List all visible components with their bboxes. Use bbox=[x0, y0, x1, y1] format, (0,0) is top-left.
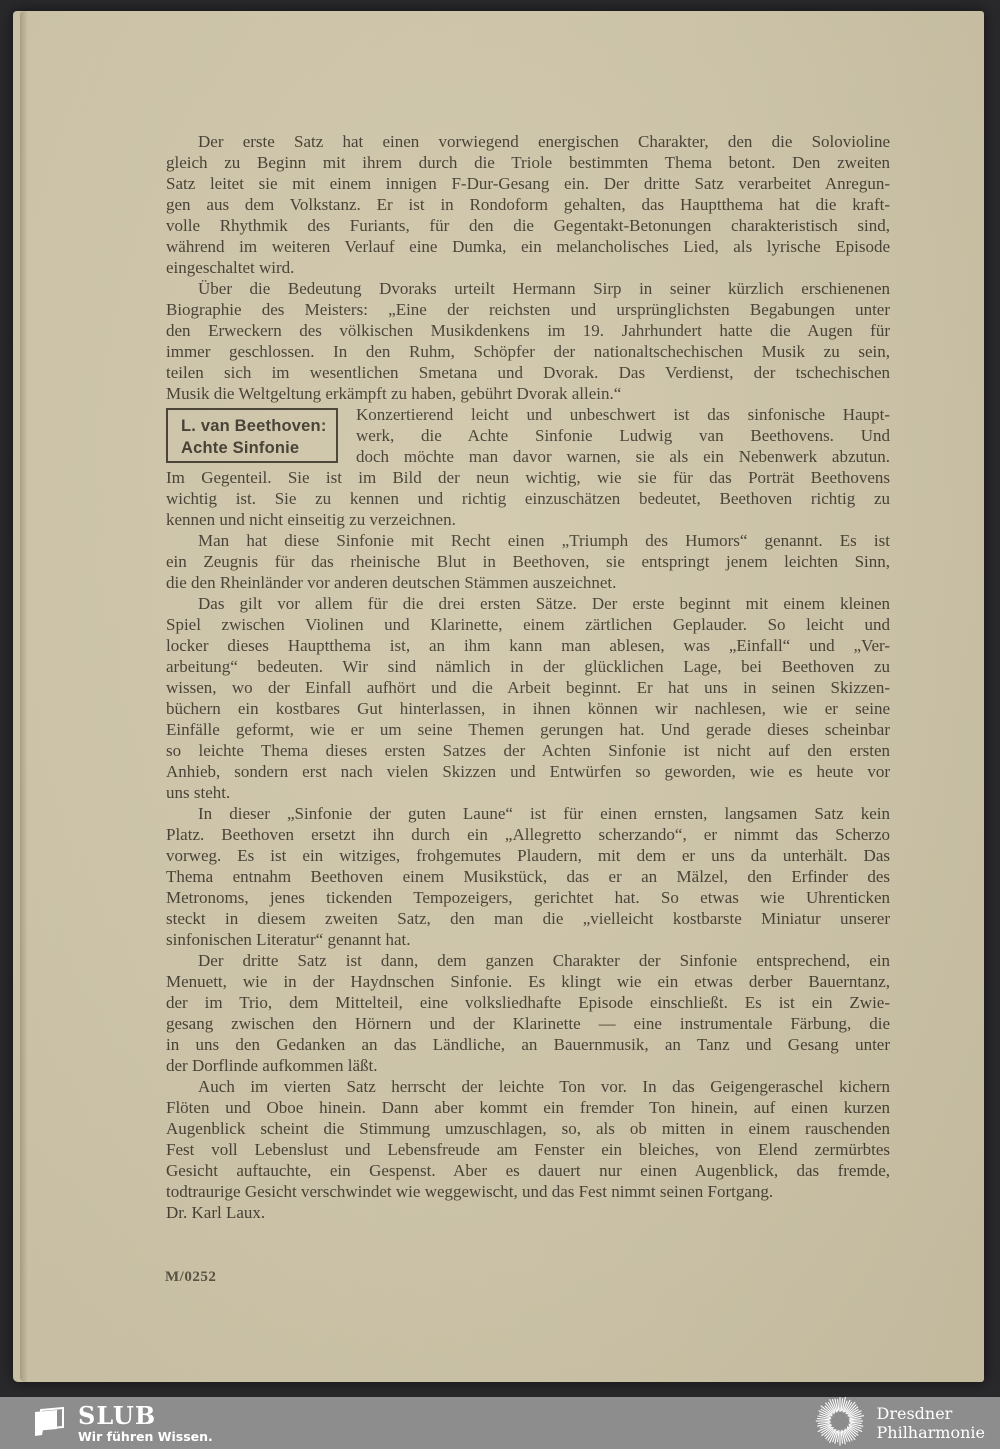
paragraph-movements-dvorak: Der erste Satz hat einen vorwiegend ener… bbox=[166, 131, 890, 278]
text-line: Einfälle geformt, wie er um seine Themen… bbox=[166, 719, 890, 740]
text-line: eingeschaltet wird. bbox=[166, 257, 890, 278]
text-line: Metronoms, jenes tickenden Tempozeigers,… bbox=[166, 887, 890, 908]
scanned-page: Der erste Satz hat einen vorwiegend ener… bbox=[13, 11, 984, 1382]
paragraph-sirp-quote: Über die Bedeutung Dvoraks urteilt Herma… bbox=[166, 278, 890, 404]
text-line: gen aus dem Volkstanz. Er ist in Rondofo… bbox=[166, 194, 890, 215]
text-line: während im weiteren Verlauf eine Dumka, … bbox=[166, 236, 890, 257]
text-line: immer geschlossen. In den Ruhm, Schöpfer… bbox=[166, 341, 890, 362]
slub-wordmark: SLUB bbox=[78, 1403, 213, 1429]
philharmonie-wordmark: Dresdner Philharmonie bbox=[877, 1404, 986, 1442]
text-line: Flöten und Oboe hinein. Dann aber kommt … bbox=[166, 1097, 890, 1118]
text-line: Anhieb, sondern erst nach vielen Skizzen… bbox=[166, 761, 890, 782]
text-line: Der dritte Satz ist dann, dem ganzen Cha… bbox=[166, 950, 890, 971]
paragraph-triumph-humors: Man hat diese Sinfonie mit Recht einen „… bbox=[166, 530, 890, 593]
text-line: ein Zeugnis für das rheinische Blut in B… bbox=[166, 551, 890, 572]
text-line: büchern ein kostbares Gut hinterlassen, … bbox=[166, 698, 890, 719]
text-line: Gesicht auftauchte, ein Gespenst. Aber e… bbox=[166, 1160, 890, 1181]
text-line: gesang zwischen den Hörnern und der Klar… bbox=[166, 1013, 890, 1034]
text-line: locker dieses Hauptthema ist, an ihm kan… bbox=[166, 635, 890, 656]
paragraph-vierter-satz: Auch im vierten Satz herrscht der leicht… bbox=[166, 1076, 890, 1202]
text-line: Man hat diese Sinfonie mit Recht einen „… bbox=[166, 530, 890, 551]
paragraph-zweiter-satz: In dieser „Sinfonie der guten Laune“ ist… bbox=[166, 803, 890, 950]
text-line: sinfonischen Literatur“ genannt hat. bbox=[166, 929, 890, 950]
text-line: Das gilt vor allem für die drei ersten S… bbox=[166, 593, 890, 614]
text-line: uns steht. bbox=[166, 782, 890, 803]
text-line: so leichte Thema dieses ersten Satzes de… bbox=[166, 740, 890, 761]
text-line: der im Trio, dem Mittelteil, eine volksl… bbox=[166, 992, 890, 1013]
text-line: Über die Bedeutung Dvoraks urteilt Herma… bbox=[166, 278, 890, 299]
text-line: den Erweckern des völkischen Musikdenken… bbox=[166, 320, 890, 341]
text-line: der Dorflinde aufkommen läßt. bbox=[166, 1055, 890, 1076]
text-line: wissen, wo der Einfall aufhört und die A… bbox=[166, 677, 890, 698]
work-title: Achte Sinfonie bbox=[181, 437, 336, 459]
text-line: vorweg. Es ist ein witziges, frohgemutes… bbox=[166, 845, 890, 866]
text-line: wichtig ist. Sie zu kennen und richtig e… bbox=[166, 488, 890, 509]
paragraph-erster-satz: Das gilt vor allem für die drei ersten S… bbox=[166, 593, 890, 803]
philharmonie-logo[interactable]: Dresdner Philharmonie bbox=[815, 1396, 1000, 1449]
shelfmark: M/0252 bbox=[165, 1269, 216, 1286]
text-line: die den Rheinländer vor anderen deutsche… bbox=[166, 572, 890, 593]
text-line: todtraurige Gesicht verschwindet wie weg… bbox=[166, 1181, 890, 1202]
text-line: Platz. Beethoven ersetzt ihn durch ein „… bbox=[166, 824, 890, 845]
text-line: Der erste Satz hat einen vorwiegend ener… bbox=[166, 131, 890, 152]
text-line: volle Rhythmik des Furiants, für den die… bbox=[166, 215, 890, 236]
text-line: Auch im vierten Satz herrscht der leicht… bbox=[166, 1076, 890, 1097]
viewer-footer-bar: SLUB Wir führen Wissen. Dresdner Philhar… bbox=[0, 1397, 1000, 1449]
text-line: Biographie des Meisters: „Eine der reich… bbox=[166, 299, 890, 320]
text-line: Augenblick scheint die Stimmung umzuschl… bbox=[166, 1118, 890, 1139]
text-line: teilen sich im wesentlichen Smetana und … bbox=[166, 362, 890, 383]
text-line: in uns den Gedanken an das Ländliche, an… bbox=[166, 1034, 890, 1055]
starburst-icon bbox=[815, 1396, 865, 1449]
text-line: Satz leitet sie mit einem innigen F-Dur-… bbox=[166, 173, 890, 194]
text-line: Menuett, wie in der Haydnschen Sinfonie.… bbox=[166, 971, 890, 992]
text-line: Fest voll Lebenslust und Lebensfreude am… bbox=[166, 1139, 890, 1160]
author-signature: Dr. Karl Laux. bbox=[166, 1202, 890, 1223]
work-title-box: L. van Beethoven:Achte Sinfonie bbox=[166, 408, 338, 463]
slub-tagline: Wir führen Wissen. bbox=[78, 1429, 213, 1444]
work-composer: L. van Beethoven: bbox=[181, 415, 336, 437]
text-line: kennen und nicht einseitig zu verzeichne… bbox=[166, 509, 890, 530]
paragraph-dritter-satz: Der dritte Satz ist dann, dem ganzen Cha… bbox=[166, 950, 890, 1076]
open-book-icon bbox=[33, 1407, 65, 1442]
text-line: Spiel zwischen Violinen und Klarinette, … bbox=[166, 614, 890, 635]
text-line: Im Gegenteil. Sie ist im Bild der neun w… bbox=[166, 467, 890, 488]
text-line: gleich zu Beginn mit ihrem durch die Tri… bbox=[166, 152, 890, 173]
text-line: In dieser „Sinfonie der guten Laune“ ist… bbox=[166, 803, 890, 824]
slub-logo[interactable]: SLUB Wir führen Wissen. bbox=[0, 1403, 213, 1444]
text-line: Thema entnahm Beethoven einem Musikstück… bbox=[166, 866, 890, 887]
text-line: Musik die Weltgeltung erkämpft zu haben,… bbox=[166, 383, 890, 404]
paragraph-beethoven-intro: L. van Beethoven:Achte SinfonieKonzertie… bbox=[166, 404, 890, 530]
text-line: steckt in diesem zweiten Satz, den man d… bbox=[166, 908, 890, 929]
document-text: Der erste Satz hat einen vorwiegend ener… bbox=[166, 131, 890, 1223]
text-line: arbeitung“ bedeuten. Wir sind nämlich in… bbox=[166, 656, 890, 677]
